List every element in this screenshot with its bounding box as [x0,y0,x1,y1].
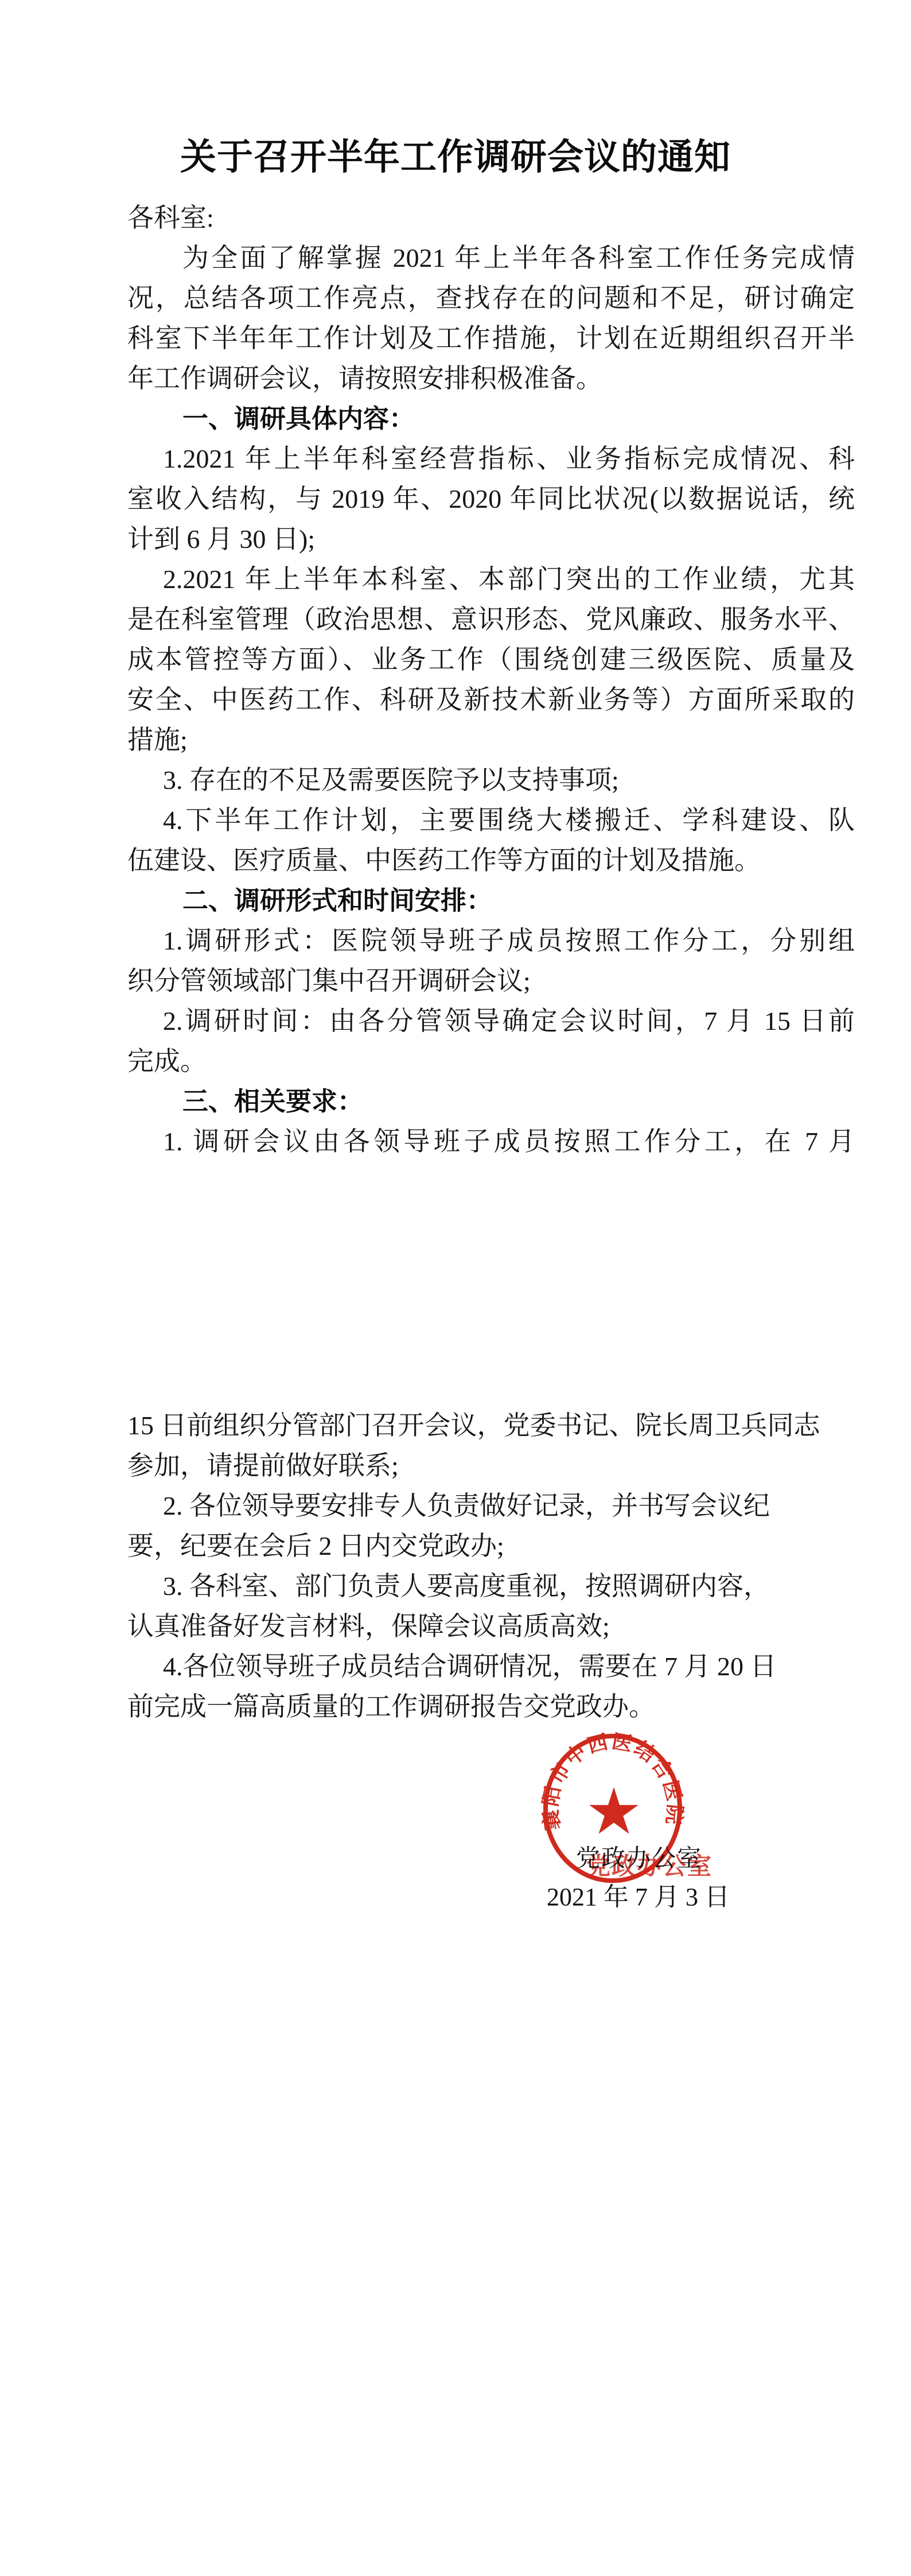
text-line: 2. 各位领导要安排专人负责做好记录，并书写会议纪 [0,1486,911,1526]
text-line: 完成。 [0,1041,911,1081]
text-line: 措施; [0,720,911,760]
text-line: 2.2021 年上半年本科室、本部门突出的工作业绩，尤其 [0,559,911,600]
text-line: 是在科室管理（政治思想、意识形态、党风廉政、服务水平、 [0,600,911,640]
star-icon [589,1787,639,1834]
text-line: 2.调研时间：由各分管领导确定会议时间，7 月 15 日前 [0,1001,911,1041]
text-line: 要，纪要在会后 2 日内交党政办; [0,1526,911,1566]
text-line: 计到 6 月 30 日); [0,519,911,559]
section-heading: 二、调研形式和时间安排： [0,881,911,921]
text-line: 况，总结各项工作亮点，查找存在的问题和不足，研讨确定 [0,278,911,318]
text-line: 3. 各科室、部门负责人要高度重视，按照调研内容， [0,1566,911,1606]
text-line: 为全面了解掌握 2021 年上半年各科室工作任务完成情 [0,238,911,278]
text-line: 室收入结构，与 2019 年、2020 年同比状况(以数据说话，统 [0,479,911,519]
notice-document: 关于召开半年工作调研会议的通知 各科室:为全面了解掌握 2021 年上半年各科室… [0,0,911,2576]
text-line: 参加，请提前做好联系; [0,1446,911,1486]
text-line: 年工作调研会议，请按照安排积极准备。 [0,359,911,399]
text-line: 前完成一篇高质量的工作调研报告交党政办。 [0,1687,911,1727]
text-line: 成本管控等方面）、业务工作（围绕创建三级医院、质量及 [0,640,911,680]
signature-date: 2021 年 7 月 3 日 [547,1884,730,1911]
text-line: 安全、中医药工作、科研及新技术新业务等）方面所采取的 [0,680,911,720]
section-heading: 一、调研具体内容： [0,399,911,439]
text-line: 15 日前组织分管部门召开会议，党委书记、院长周卫兵同志 [0,1406,911,1446]
text-line: 认真准备好发言材料，保障会议高质高效; [0,1606,911,1647]
document-title: 关于召开半年工作调研会议的通知 [0,137,911,178]
text-line: 1. 调研会议由各领导班子成员按照工作分工，在 7 月 [0,1122,911,1162]
document-lines: 各科室:为全面了解掌握 2021 年上半年各科室工作任务完成情况，总结各项工作亮… [0,198,911,1727]
page-break-gap [0,1162,911,1406]
text-line: 科室下半年年工作计划及工作措施，计划在近期组织召开半 [0,318,911,359]
text-line: 3. 存在的不足及需要医院予以支持事项; [0,760,911,800]
text-line: 织分管领域部门集中召开调研会议; [0,961,911,1001]
text-line: 4.下半年工作计划，主要围绕大楼搬迁、学科建设、队 [0,800,911,840]
section-heading: 三、相关要求： [0,1081,911,1122]
text-line: 伍建设、医疗质量、中医药工作等方面的计划及措施。 [0,840,911,881]
text-line: 各科室: [0,198,911,238]
text-line: 1.2021 年上半年科室经营指标、业务指标完成情况、科 [0,439,911,479]
signature-dept: 党政办公室 [576,1846,702,1871]
text-line: 1.调研形式：医院领导班子成员按照工作分工，分别组 [0,921,911,961]
text-line: 4.各位领导班子成员结合调研情况，需要在 7 月 20 日 [0,1647,911,1687]
